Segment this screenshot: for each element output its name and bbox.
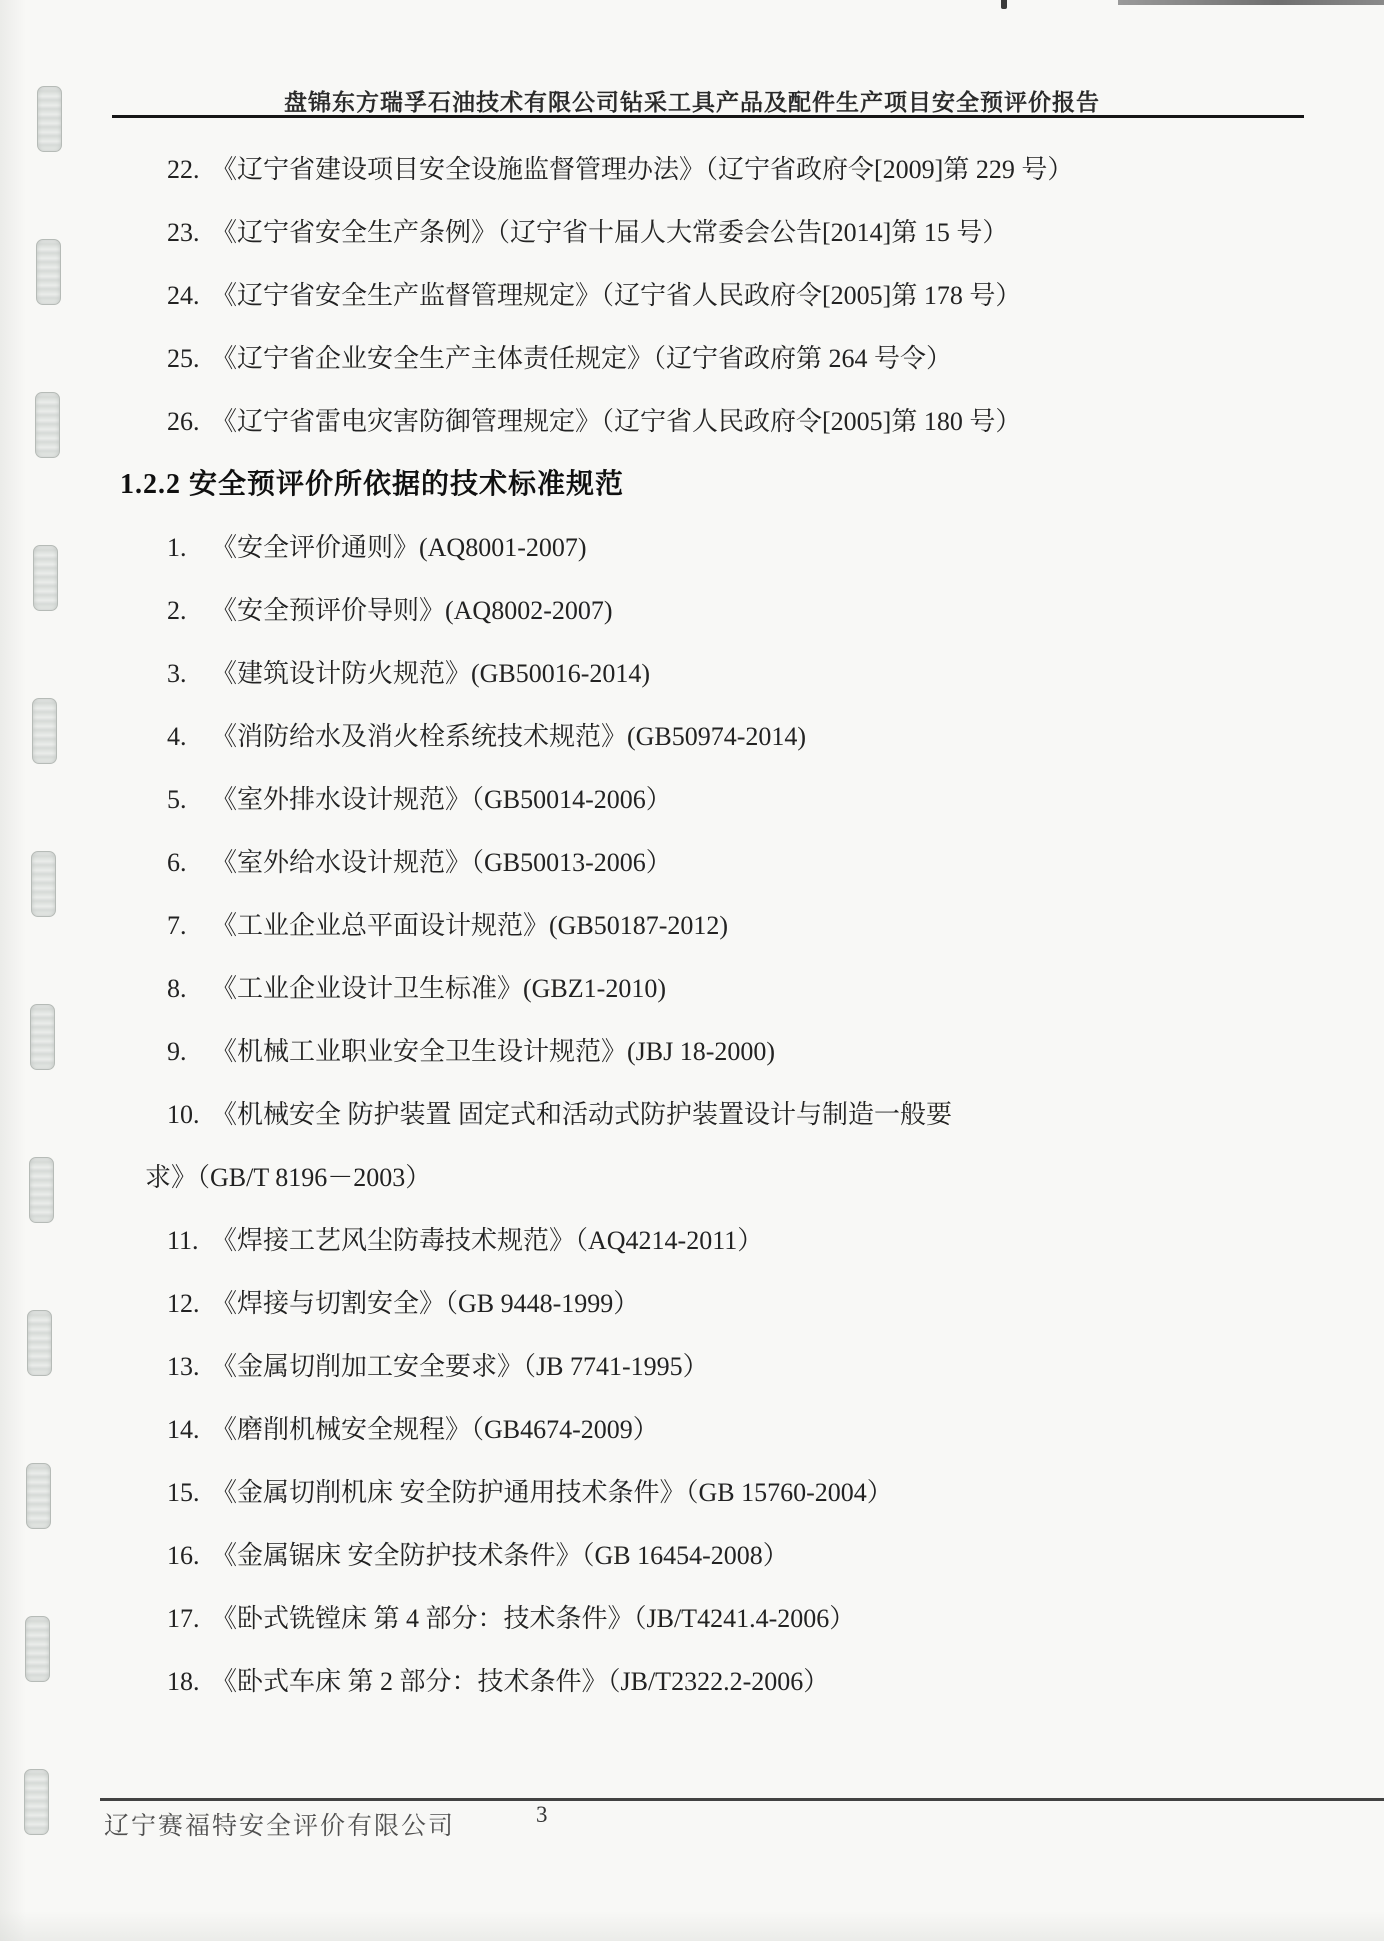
list-item-text: 《辽宁省企业安全生产主体责任规定》（辽宁省政府第 264 号令） (211, 344, 952, 373)
list-item-number: 8. (167, 957, 211, 1020)
list-item-number: 10. (167, 1083, 211, 1146)
list-item: 6.《室外给水设计规范》（GB50013-2006） (145, 831, 1295, 894)
list-item-number: 3. (167, 642, 211, 705)
list-item-number: 1. (167, 516, 211, 579)
list-item: 12.《焊接与切割安全》（GB 9448-1999） (145, 1272, 1295, 1335)
list-item: 17.《卧式铣镗床 第 4 部分：技术条件》（JB/T4241.4-2006） (145, 1587, 1295, 1650)
list-item-text: 《建筑设计防火规范》(GB50016-2014) (211, 659, 650, 688)
list-item-text: 《安全预评价导则》(AQ8002-2007) (211, 596, 613, 625)
list-item: 22.《辽宁省建设项目安全设施监督管理办法》（辽宁省政府令[2009]第 229… (145, 138, 1295, 201)
list-item: 24.《辽宁省安全生产监督管理规定》（辽宁省人民政府令[2005]第 178 号… (145, 264, 1295, 327)
footer-company: 辽宁赛福特安全评价有限公司 (104, 1806, 455, 1842)
list-item: 1.《安全评价通则》(AQ8001-2007) (145, 516, 1295, 579)
regulations-list: 22.《辽宁省建设项目安全设施监督管理办法》（辽宁省政府令[2009]第 229… (0, 138, 1384, 453)
section-heading: 1.2.2 安全预评价所依据的技术标准规范 (120, 453, 1384, 516)
list-item: 26.《辽宁省雷电灾害防御管理规定》（辽宁省人民政府令[2005]第 180 号… (145, 390, 1295, 453)
list-item-text: 《机械工业职业安全卫生设计规范》(JBJ 18-2000) (211, 1037, 775, 1066)
list-item: 9.《机械工业职业安全卫生设计规范》(JBJ 18-2000) (145, 1020, 1295, 1083)
list-item-number: 24. (167, 264, 211, 327)
list-item-number: 26. (167, 390, 211, 453)
list-item: 8.《工业企业设计卫生标准》(GBZ1-2010) (145, 957, 1295, 1020)
list-item-text: 《金属切削加工安全要求》（JB 7741-1995） (211, 1352, 709, 1381)
list-item-text: 《辽宁省雷电灾害防御管理规定》（辽宁省人民政府令[2005]第 180 号） (211, 407, 1021, 436)
list-item-number: 18. (167, 1650, 211, 1713)
list-item: 7.《工业企业总平面设计规范》(GB50187-2012) (145, 894, 1295, 957)
list-item: 11.《焊接工艺风尘防毒技术规范》（AQ4214-2011） (145, 1209, 1295, 1272)
list-item: 25.《辽宁省企业安全生产主体责任规定》（辽宁省政府第 264 号令） (145, 327, 1295, 390)
list-item-number: 6. (167, 831, 211, 894)
list-item-text: 《室外排水设计规范》（GB50014-2006） (211, 785, 672, 814)
list-item-number: 9. (167, 1020, 211, 1083)
binder-hole (24, 1769, 49, 1835)
list-item: 16.《金属锯床 安全防护技术条件》（GB 16454-2008） (145, 1524, 1295, 1587)
list-item: 13.《金属切削加工安全要求》（JB 7741-1995） (145, 1335, 1295, 1398)
list-item-text: 《金属切削机床 安全防护通用技术条件》（GB 15760-2004） (211, 1478, 893, 1507)
document-body: 22.《辽宁省建设项目安全设施监督管理办法》（辽宁省政府令[2009]第 229… (0, 138, 1384, 1713)
list-item: 18.《卧式车床 第 2 部分：技术条件》（JB/T2322.2-2006） (145, 1650, 1295, 1713)
list-item-text: 《机械安全 防护装置 固定式和活动式防护装置设计与制造一般要 求》（GB/T 8… (145, 1100, 952, 1192)
document-page: 盘锦东方瑞孚石油技术有限公司钻采工具产品及配件生产项目安全预评价报告 22.《辽… (0, 0, 1384, 1941)
list-item-number: 17. (167, 1587, 211, 1650)
list-item-number: 25. (167, 327, 211, 390)
list-item-number: 4. (167, 705, 211, 768)
list-item-text: 《卧式铣镗床 第 4 部分：技术条件》（JB/T4241.4-2006） (211, 1604, 855, 1633)
list-item-number: 16. (167, 1524, 211, 1587)
list-item-text: 《金属锯床 安全防护技术条件》（GB 16454-2008） (211, 1541, 789, 1570)
list-item: 3.《建筑设计防火规范》(GB50016-2014) (145, 642, 1295, 705)
list-item-text: 《工业企业设计卫生标准》(GBZ1-2010) (211, 974, 666, 1003)
list-item-text: 《卧式车床 第 2 部分：技术条件》（JB/T2322.2-2006） (211, 1667, 829, 1696)
list-item: 23.《辽宁省安全生产条例》（辽宁省十届人大常委会公告[2014]第 15 号） (145, 201, 1295, 264)
list-item: 4.《消防给水及消火栓系统技术规范》(GB50974-2014) (145, 705, 1295, 768)
list-item-number: 2. (167, 579, 211, 642)
list-item: 10.《机械安全 防护装置 固定式和活动式防护装置设计与制造一般要 求》（GB/… (145, 1083, 1295, 1209)
list-item-number: 22. (167, 138, 211, 201)
list-item-text: 《消防给水及消火栓系统技术规范》(GB50974-2014) (211, 722, 806, 751)
list-item-number: 7. (167, 894, 211, 957)
footer-rule (100, 1798, 1384, 1801)
footer-page-number: 3 (536, 1802, 548, 1828)
list-item-text: 《辽宁省建设项目安全设施监督管理办法》（辽宁省政府令[2009]第 229 号） (211, 155, 1073, 184)
list-item: 5.《室外排水设计规范》（GB50014-2006） (145, 768, 1295, 831)
list-item-text: 《磨削机械安全规程》（GB4674-2009） (211, 1415, 659, 1444)
list-item-number: 12. (167, 1272, 211, 1335)
page-header-title: 盘锦东方瑞孚石油技术有限公司钻采工具产品及配件生产项目安全预评价报告 (0, 84, 1384, 117)
list-item-text: 《室外给水设计规范》（GB50013-2006） (211, 848, 672, 877)
list-item-text: 《焊接与切割安全》（GB 9448-1999） (211, 1289, 639, 1318)
list-item-text: 《工业企业总平面设计规范》(GB50187-2012) (211, 911, 728, 940)
list-item: 15.《金属切削机床 安全防护通用技术条件》（GB 15760-2004） (145, 1461, 1295, 1524)
scan-artifact-tick (1001, 0, 1007, 9)
list-item-number: 23. (167, 201, 211, 264)
standards-list: 1.《安全评价通则》(AQ8001-2007) 2.《安全预评价导则》(AQ80… (0, 516, 1384, 1713)
header-rule (112, 115, 1304, 118)
list-item-text: 《辽宁省安全生产监督管理规定》（辽宁省人民政府令[2005]第 178 号） (211, 281, 1021, 310)
list-item-number: 13. (167, 1335, 211, 1398)
scan-artifact-top-bar (1118, 0, 1384, 5)
list-item-number: 11. (167, 1209, 211, 1272)
list-item: 14.《磨削机械安全规程》（GB4674-2009） (145, 1398, 1295, 1461)
list-item-number: 14. (167, 1398, 211, 1461)
list-item-text: 《辽宁省安全生产条例》（辽宁省十届人大常委会公告[2014]第 15 号） (211, 218, 1008, 247)
list-item: 2.《安全预评价导则》(AQ8002-2007) (145, 579, 1295, 642)
list-item-text: 《安全评价通则》(AQ8001-2007) (211, 533, 587, 562)
list-item-number: 15. (167, 1461, 211, 1524)
list-item-text: 《焊接工艺风尘防毒技术规范》（AQ4214-2011） (211, 1226, 763, 1255)
list-item-number: 5. (167, 768, 211, 831)
